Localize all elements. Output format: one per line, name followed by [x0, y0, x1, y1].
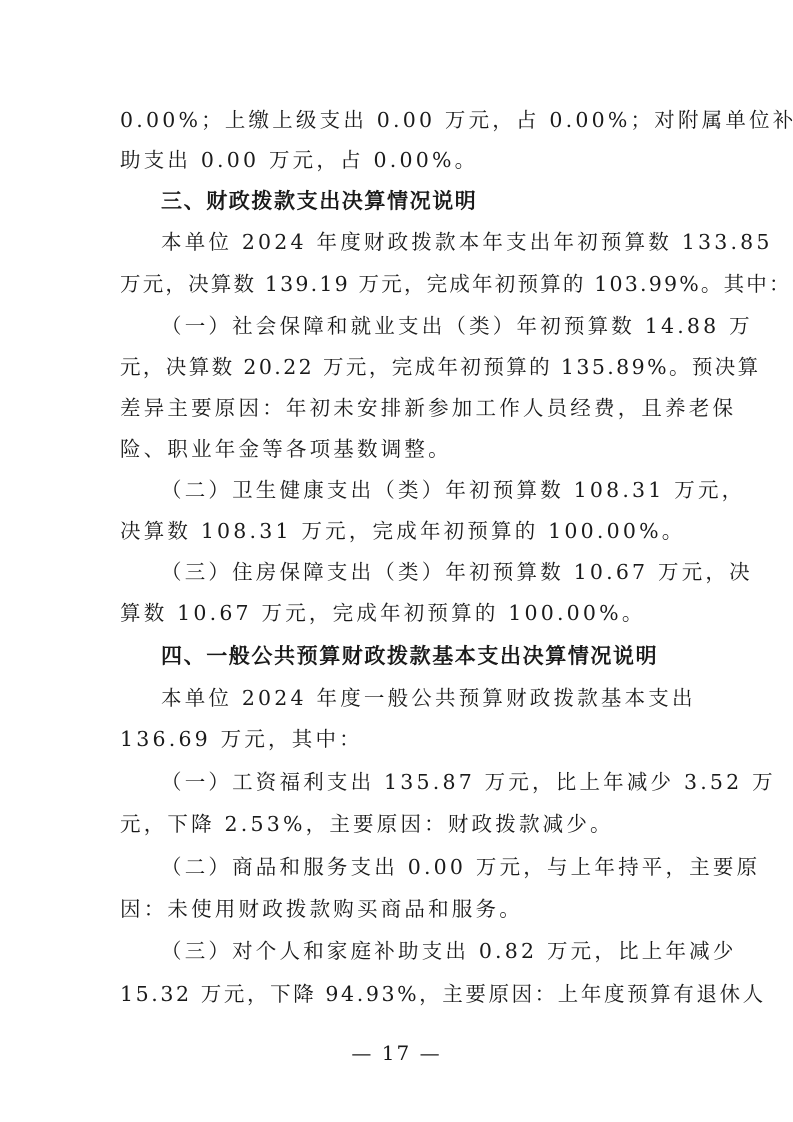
- paragraph-line: 元，决算数 20.22 万元，完成年初预算的 135.89%。预决算: [120, 353, 761, 381]
- paragraph-line: 本单位 2024 年度财政拨款本年支出年初预算数 133.85: [161, 228, 773, 256]
- paragraph-line: （一）社会保障和就业支出（类）年初预算数 14.88 万: [161, 312, 753, 340]
- paragraph-line: 136.69 万元，其中：: [120, 725, 363, 753]
- paragraph-line: （二）卫生健康支出（类）年初预算数 108.31 万元，: [161, 476, 745, 504]
- paragraph-line: 本单位 2024 年度一般公共预算财政拨款基本支出: [161, 684, 696, 712]
- paragraph-line: 因：未使用财政拨款购买商品和服务。: [120, 895, 523, 923]
- paragraph-line: 差异主要原因：年初未安排新参加工作人员经费，且养老保: [120, 394, 736, 422]
- paragraph-line: 决算数 108.31 万元，完成年初预算的 100.00%。: [120, 517, 686, 545]
- paragraph-line: 助支出 0.00 万元，占 0.00%。: [120, 146, 478, 174]
- paragraph-line: （三）住房保障支出（类）年初预算数 10.67 万元，决: [161, 558, 753, 586]
- paragraph-line: 15.32 万元，下降 94.93%，主要原因：上年度预算有退休人: [120, 980, 766, 1008]
- section-heading-4: 四、一般公共预算财政拨款基本支出决算情况说明: [161, 642, 658, 670]
- paragraph-line: 算数 10.67 万元，完成年初预算的 100.00%。: [120, 599, 646, 627]
- paragraph-line: （一）工资福利支出 135.87 万元，比上年减少 3.52 万: [161, 768, 776, 796]
- paragraph-line: 险、职业年金等各项基数调整。: [120, 435, 452, 463]
- paragraph-line: （三）对个人和家庭补助支出 0.82 万元，比上年减少: [161, 937, 737, 965]
- page-number: — 17 —: [0, 1041, 793, 1065]
- paragraph-line: 0.00%；上缴上级支出 0.00 万元，占 0.00%；对附属单位补: [120, 106, 793, 134]
- section-heading-3: 三、财政拨款支出决算情况说明: [161, 187, 477, 215]
- paragraph-line: 元，下降 2.53%，主要原因：财政拨款减少。: [120, 810, 614, 838]
- paragraph-line: （二）商品和服务支出 0.00 万元，与上年持平，主要原: [161, 853, 760, 881]
- paragraph-line: 万元，决算数 139.19 万元，完成年初预算的 103.99%。其中：: [120, 270, 792, 298]
